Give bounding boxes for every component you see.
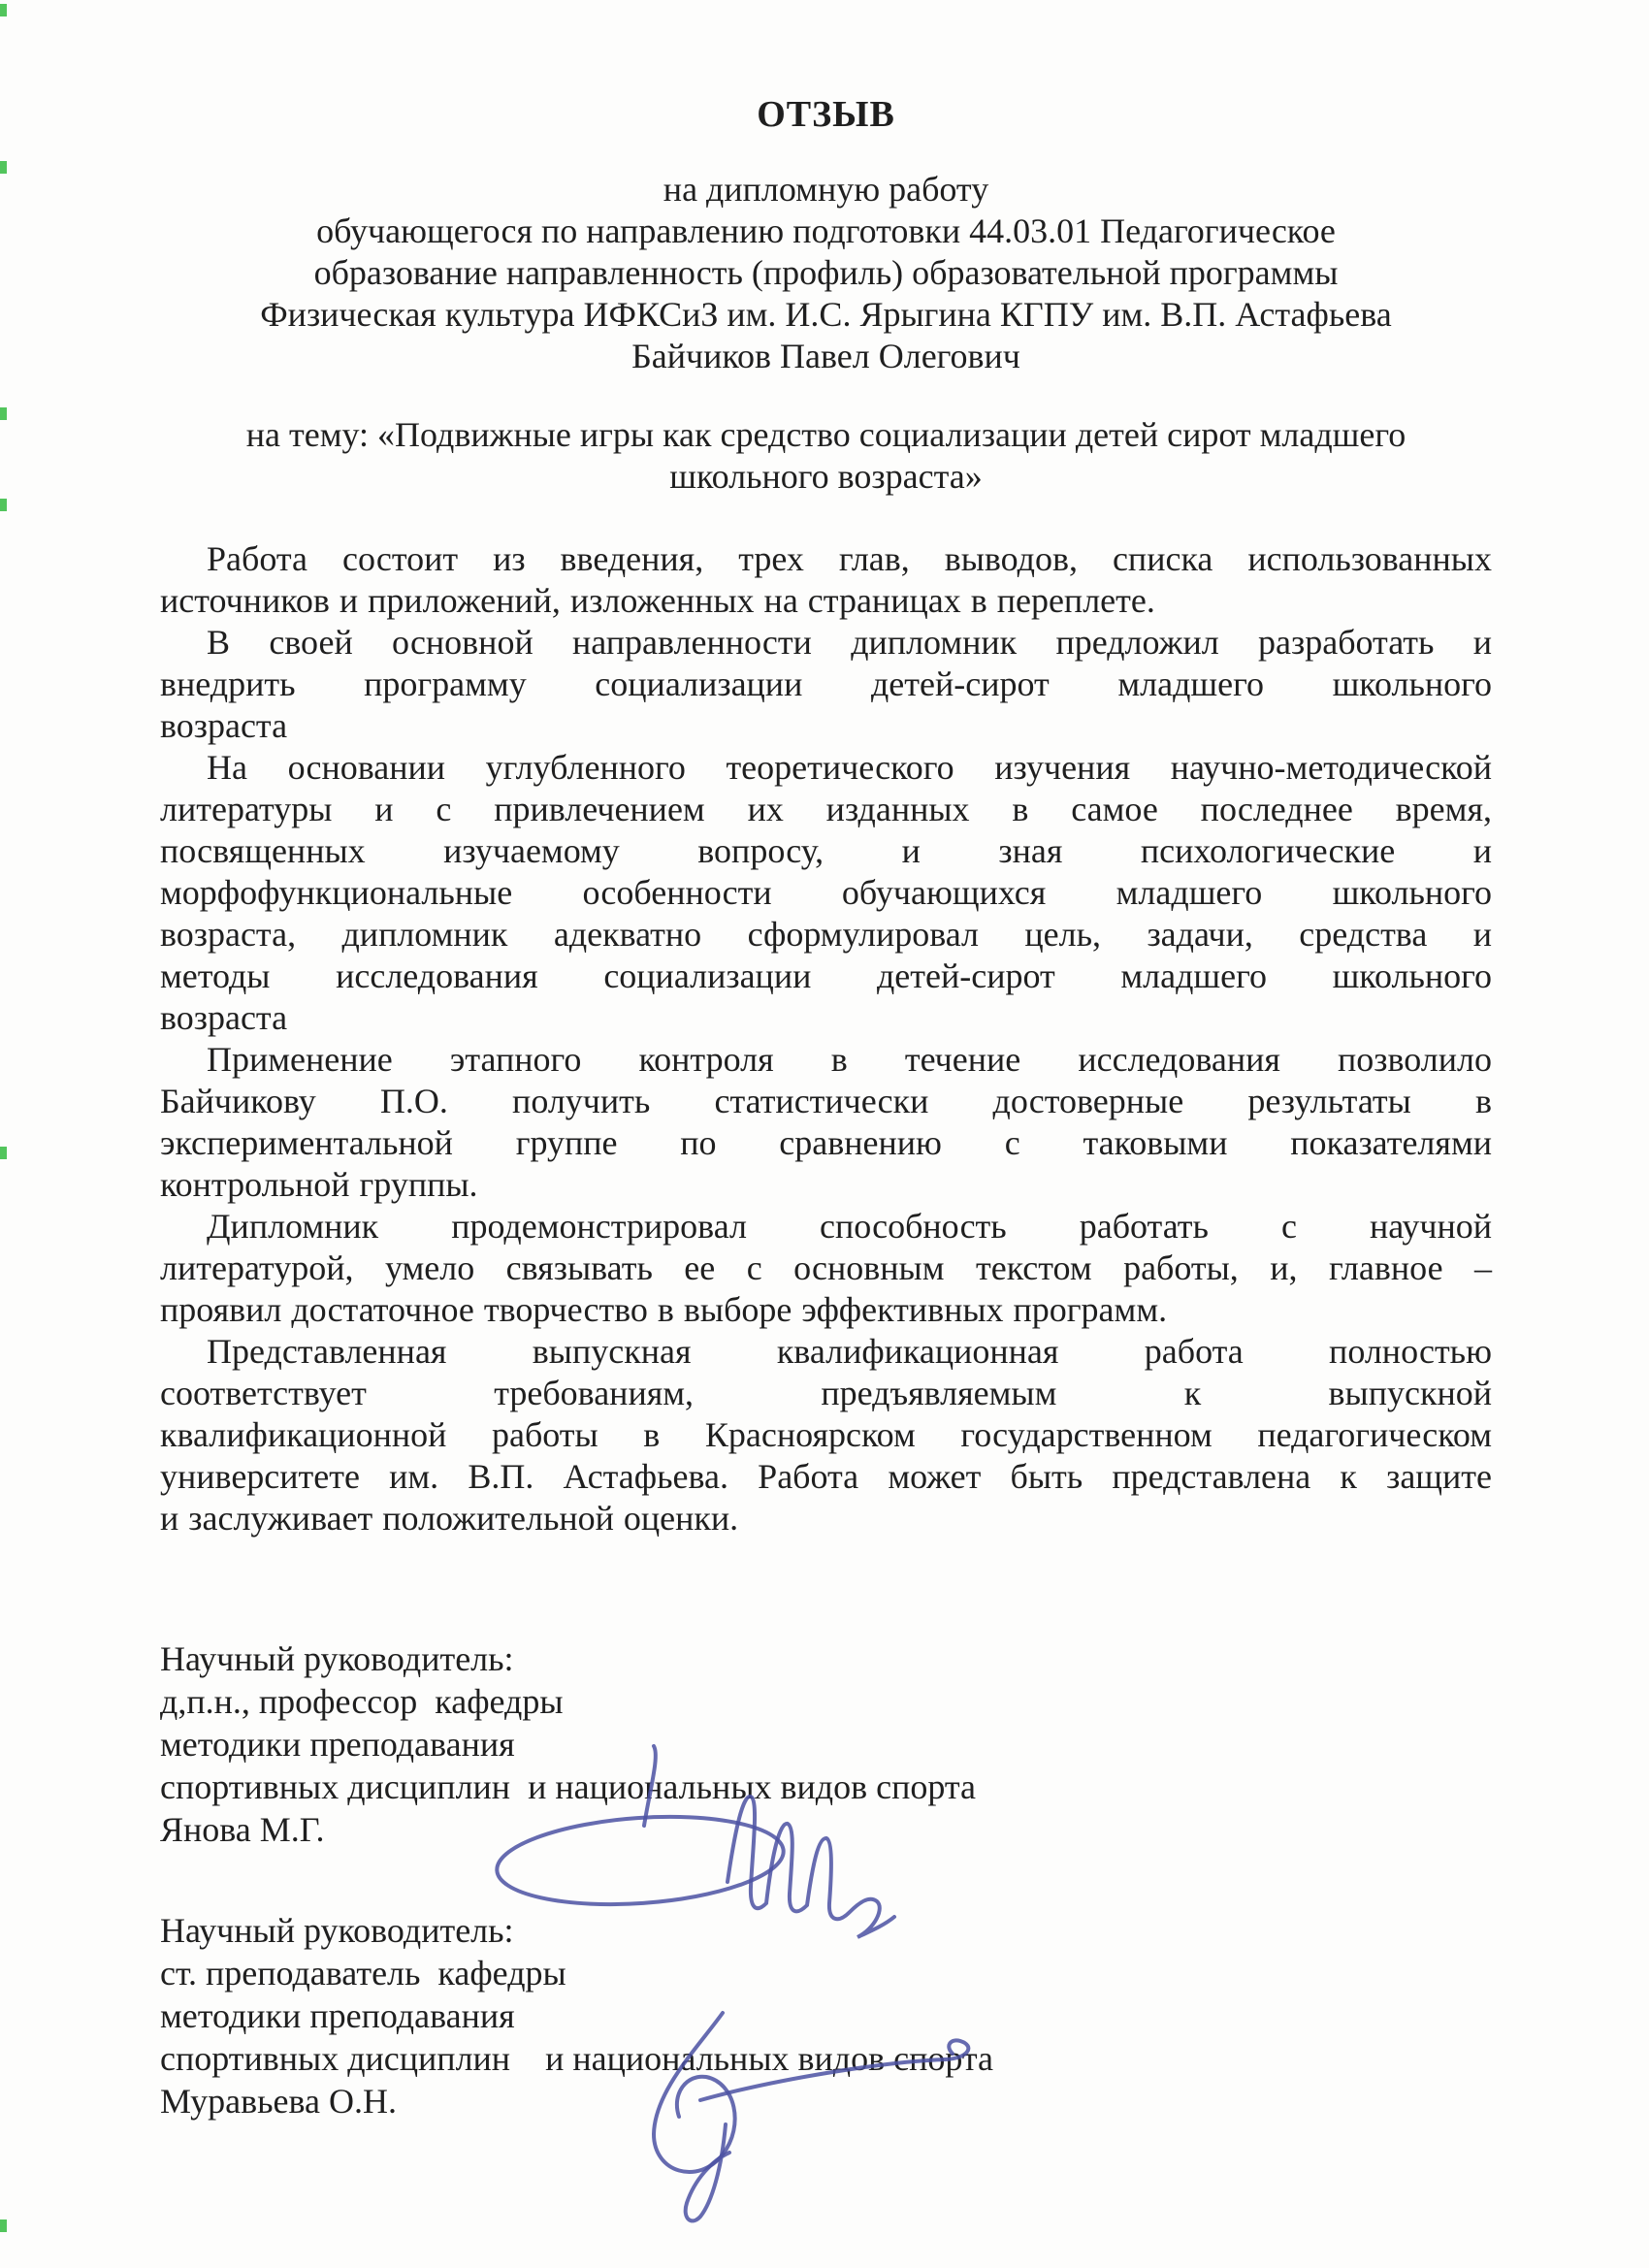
text-line: и заслуживает положительной оценки. <box>160 1498 1492 1539</box>
signature-stroke <box>686 2124 729 2220</box>
body-paragraph: В своей основной направленности дипломни… <box>160 622 1492 747</box>
text-line: квалификационной работы в Красноярском г… <box>160 1414 1492 1456</box>
text-line: литературы и с привлечением их изданных … <box>160 789 1492 830</box>
text-line: В своей основной направленности дипломни… <box>160 622 1492 664</box>
header-block: на дипломную работуобучающегося по напра… <box>160 169 1492 377</box>
body-paragraph: Применение этапного контроля в течение и… <box>160 1039 1492 1206</box>
text-line: возраста, дипломник адекватно сформулиро… <box>160 914 1492 956</box>
signatory-line: д,п.н., профессор кафедры <box>160 1680 1492 1723</box>
text-line: внедрить программу социализации детей-си… <box>160 664 1492 705</box>
header-line: обучающегося по направлению подготовки 4… <box>160 211 1492 252</box>
signatory-line: методики преподавания <box>160 1994 1492 2037</box>
text-line: возраста <box>160 997 1492 1039</box>
text-line: На основании углубленного теоретического… <box>160 747 1492 789</box>
text-line: морфофункциональные особенности обучающи… <box>160 872 1492 914</box>
text-line: литературой, умело связывать ее с основн… <box>160 1247 1492 1289</box>
text-line: проявил достаточное творчество в выборе … <box>160 1289 1492 1331</box>
text-line: Дипломник продемонстрировал способность … <box>160 1206 1492 1247</box>
subject-line: школьного возраста» <box>160 456 1492 498</box>
body-paragraph: Дипломник продемонстрировал способность … <box>160 1206 1492 1331</box>
review-title: ОТЗЫВ <box>160 93 1492 136</box>
text-line: методы исследования социализации детей-с… <box>160 956 1492 997</box>
scan-artifact-mark <box>0 161 7 174</box>
body-paragraph: На основании углубленного теоретического… <box>160 747 1492 1039</box>
header-line: Байчиков Павел Олегович <box>160 336 1492 377</box>
header-line: на дипломную работу <box>160 169 1492 211</box>
text-line: посвященных изучаемому вопросу, и зная п… <box>160 830 1492 872</box>
subject-line: на тему: «Подвижные игры как средство со… <box>160 414 1492 456</box>
signatory-line: Научный руководитель: <box>160 1909 1492 1952</box>
text-line: возраста <box>160 705 1492 747</box>
scanned-review-page: ОТЗЫВ на дипломную работуобучающегося по… <box>0 0 1649 2268</box>
header-line: Физическая культура ИФКСиЗ им. И.С. Ярыг… <box>160 294 1492 336</box>
signatory-line: спортивных дисциплин и национальных видо… <box>160 1766 1492 1808</box>
signatory-line: Научный руководитель: <box>160 1637 1492 1680</box>
text-line: Работа состоит из введения, трех глав, в… <box>160 538 1492 580</box>
text-line: соответствует требованиям, предъявляемым… <box>160 1373 1492 1414</box>
header-line: образование направленность (профиль) обр… <box>160 252 1492 294</box>
scan-artifact-mark <box>0 1147 7 1159</box>
body-paragraph: Работа состоит из введения, трех глав, в… <box>160 538 1492 622</box>
scan-artifact-mark <box>0 4 7 16</box>
review-body: Работа состоит из введения, трех глав, в… <box>160 538 1492 1539</box>
text-line: Представленная выпускная квалификационна… <box>160 1331 1492 1373</box>
signatory-line: методики преподавания <box>160 1723 1492 1766</box>
scan-artifact-mark <box>0 499 7 511</box>
signatory-line: Янова М.Г. <box>160 1808 1492 1851</box>
body-paragraph: Представленная выпускная квалификационна… <box>160 1331 1492 1539</box>
signatory-line: спортивных дисциплин и национальных видо… <box>160 2037 1492 2080</box>
signatory-block-muravyeva: Научный руководитель:ст. преподаватель к… <box>160 1909 1492 2122</box>
scan-artifact-mark <box>0 407 7 420</box>
text-line: экспериментальной группе по сравнению с … <box>160 1122 1492 1164</box>
scan-artifact-mark <box>0 2219 7 2232</box>
text-line: Применение этапного контроля в течение и… <box>160 1039 1492 1081</box>
text-line: контрольной группы. <box>160 1164 1492 1206</box>
text-line: Байчикову П.О. получить статистически до… <box>160 1081 1492 1122</box>
signatory-line: Муравьева О.Н. <box>160 2080 1492 2122</box>
subject-block: на тему: «Подвижные игры как средство со… <box>160 414 1492 498</box>
signatory-line: ст. преподаватель кафедры <box>160 1952 1492 1994</box>
text-line: университете им. В.П. Астафьева. Работа … <box>160 1456 1492 1498</box>
text-line: источников и приложений, изложенных на с… <box>160 580 1492 622</box>
signatory-block-yanova: Научный руководитель:д,п.н., профессор к… <box>160 1637 1492 1851</box>
